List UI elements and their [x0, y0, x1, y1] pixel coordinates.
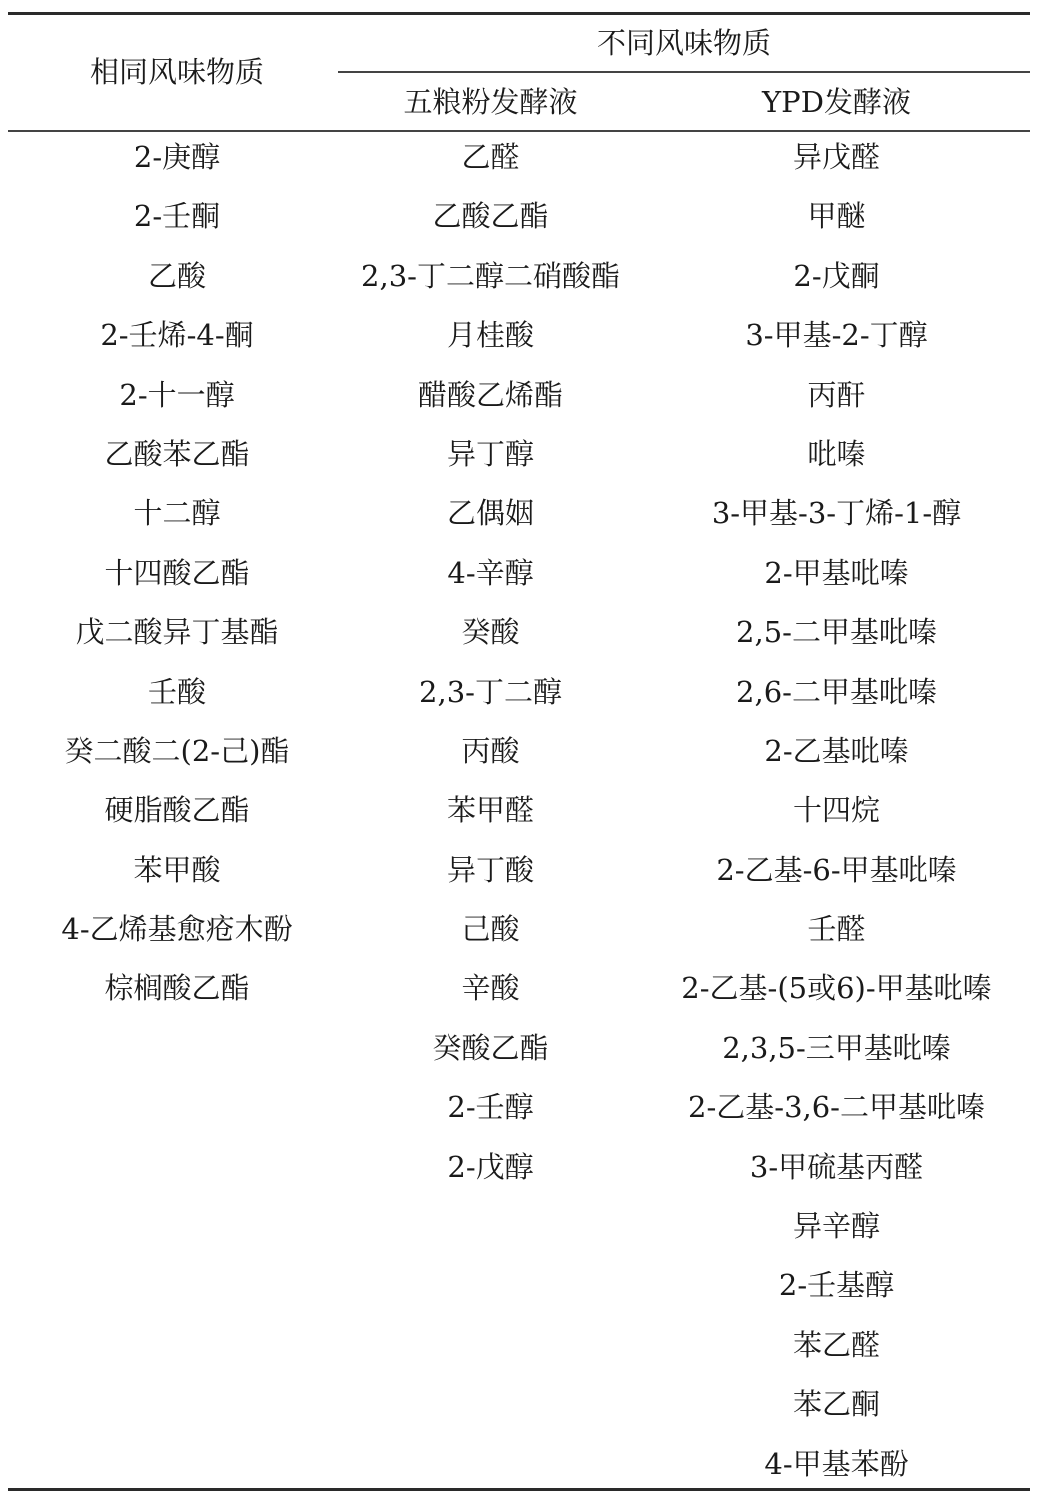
- ypd-cell: 3-甲基-2-丁醇: [643, 316, 1030, 375]
- same-flavor-cell: 4-乙烯基愈疮木酚: [8, 910, 346, 969]
- same-flavor-cell: 戊二酸异丁基酯: [8, 613, 346, 672]
- wuliang-cell: 乙偶姻: [338, 494, 643, 553]
- ypd-cell: 吡嗪: [643, 435, 1030, 494]
- ypd-cell: 2,3,5-三甲基吡嗪: [643, 1029, 1030, 1088]
- wuliang-cell: 月桂酸: [338, 316, 643, 375]
- header-bottom-rule: [8, 130, 1030, 132]
- wuliang-cell: 醋酸乙烯酯: [338, 376, 643, 435]
- same-flavor-cell: 十二醇: [8, 494, 346, 553]
- header-subrule: [338, 71, 1030, 73]
- wuliang-cell: 辛酸: [338, 969, 643, 1028]
- ypd-cell: 3-甲硫基丙醛: [643, 1148, 1030, 1207]
- header-wuliang: 五粮粉发酵液: [338, 84, 643, 120]
- wuliang-cell: 4-辛醇: [338, 554, 643, 613]
- wuliang-cell: 癸酸乙酯: [338, 1029, 643, 1088]
- header-different-flavor: 不同风味物质: [338, 25, 1030, 61]
- wuliang-cell: 己酸: [338, 910, 643, 969]
- wuliang-cell: 2-戊醇: [338, 1148, 643, 1207]
- ypd-cell: 4-甲基苯酚: [643, 1445, 1030, 1504]
- column-ypd: 异戊醛甲醚2-戊酮3-甲基-2-丁醇丙酐吡嗪3-甲基-3-丁烯-1-醇2-甲基吡…: [643, 138, 1030, 1504]
- ypd-cell: 丙酐: [643, 376, 1030, 435]
- same-flavor-cell: 棕榈酸乙酯: [8, 969, 346, 1028]
- wuliang-cell: 异丁醇: [338, 435, 643, 494]
- ypd-cell: 2,6-二甲基吡嗪: [643, 673, 1030, 732]
- same-flavor-cell: 硬脂酸乙酯: [8, 791, 346, 850]
- wuliang-cell: 2,3-丁二醇二硝酸酯: [338, 257, 643, 316]
- same-flavor-cell: 2-壬烯-4-酮: [8, 316, 346, 375]
- same-flavor-cell: 2-庚醇: [8, 138, 346, 197]
- ypd-cell: 2-乙基-3,6-二甲基吡嗪: [643, 1088, 1030, 1147]
- same-flavor-cell: 乙酸苯乙酯: [8, 435, 346, 494]
- ypd-cell: 异辛醇: [643, 1207, 1030, 1266]
- ypd-cell: 异戊醛: [643, 138, 1030, 197]
- ypd-cell: 苯乙醛: [643, 1326, 1030, 1385]
- ypd-cell: 2-乙基-6-甲基吡嗪: [643, 851, 1030, 910]
- column-wuliang: 乙醛乙酸乙酯2,3-丁二醇二硝酸酯月桂酸醋酸乙烯酯异丁醇乙偶姻4-辛醇癸酸2,3…: [338, 138, 643, 1207]
- ypd-cell: 2-乙基-(5或6)-甲基吡嗪: [643, 969, 1030, 1028]
- same-flavor-cell: 2-壬酮: [8, 197, 346, 256]
- header-ypd: YPD发酵液: [643, 84, 1030, 120]
- wuliang-cell: 乙醛: [338, 138, 643, 197]
- ypd-cell: 2-戊酮: [643, 257, 1030, 316]
- wuliang-cell: 乙酸乙酯: [338, 197, 643, 256]
- wuliang-cell: 丙酸: [338, 732, 643, 791]
- ypd-cell: 2-甲基吡嗪: [643, 554, 1030, 613]
- same-flavor-cell: 苯甲酸: [8, 851, 346, 910]
- ypd-cell: 3-甲基-3-丁烯-1-醇: [643, 494, 1030, 553]
- ypd-cell: 甲醚: [643, 197, 1030, 256]
- table-top-rule: [8, 12, 1030, 15]
- ypd-cell: 苯乙酮: [643, 1385, 1030, 1444]
- ypd-cell: 2-乙基吡嗪: [643, 732, 1030, 791]
- same-flavor-cell: 壬酸: [8, 673, 346, 732]
- ypd-cell: 2,5-二甲基吡嗪: [643, 613, 1030, 672]
- wuliang-cell: 异丁酸: [338, 851, 643, 910]
- same-flavor-cell: 乙酸: [8, 257, 346, 316]
- same-flavor-cell: 癸二酸二(2-己)酯: [8, 732, 346, 791]
- wuliang-cell: 苯甲醛: [338, 791, 643, 850]
- ypd-cell: 十四烷: [643, 791, 1030, 850]
- wuliang-cell: 2,3-丁二醇: [338, 673, 643, 732]
- column-same-flavor: 2-庚醇2-壬酮乙酸2-壬烯-4-酮2-十一醇乙酸苯乙酯十二醇十四酸乙酯戊二酸异…: [8, 138, 346, 1029]
- same-flavor-cell: 2-十一醇: [8, 376, 346, 435]
- wuliang-cell: 癸酸: [338, 613, 643, 672]
- ypd-cell: 壬醛: [643, 910, 1030, 969]
- header-same-flavor: 相同风味物质: [8, 54, 346, 90]
- wuliang-cell: 2-壬醇: [338, 1088, 643, 1147]
- table-bottom-rule: [8, 1488, 1030, 1491]
- same-flavor-cell: 十四酸乙酯: [8, 554, 346, 613]
- ypd-cell: 2-壬基醇: [643, 1266, 1030, 1325]
